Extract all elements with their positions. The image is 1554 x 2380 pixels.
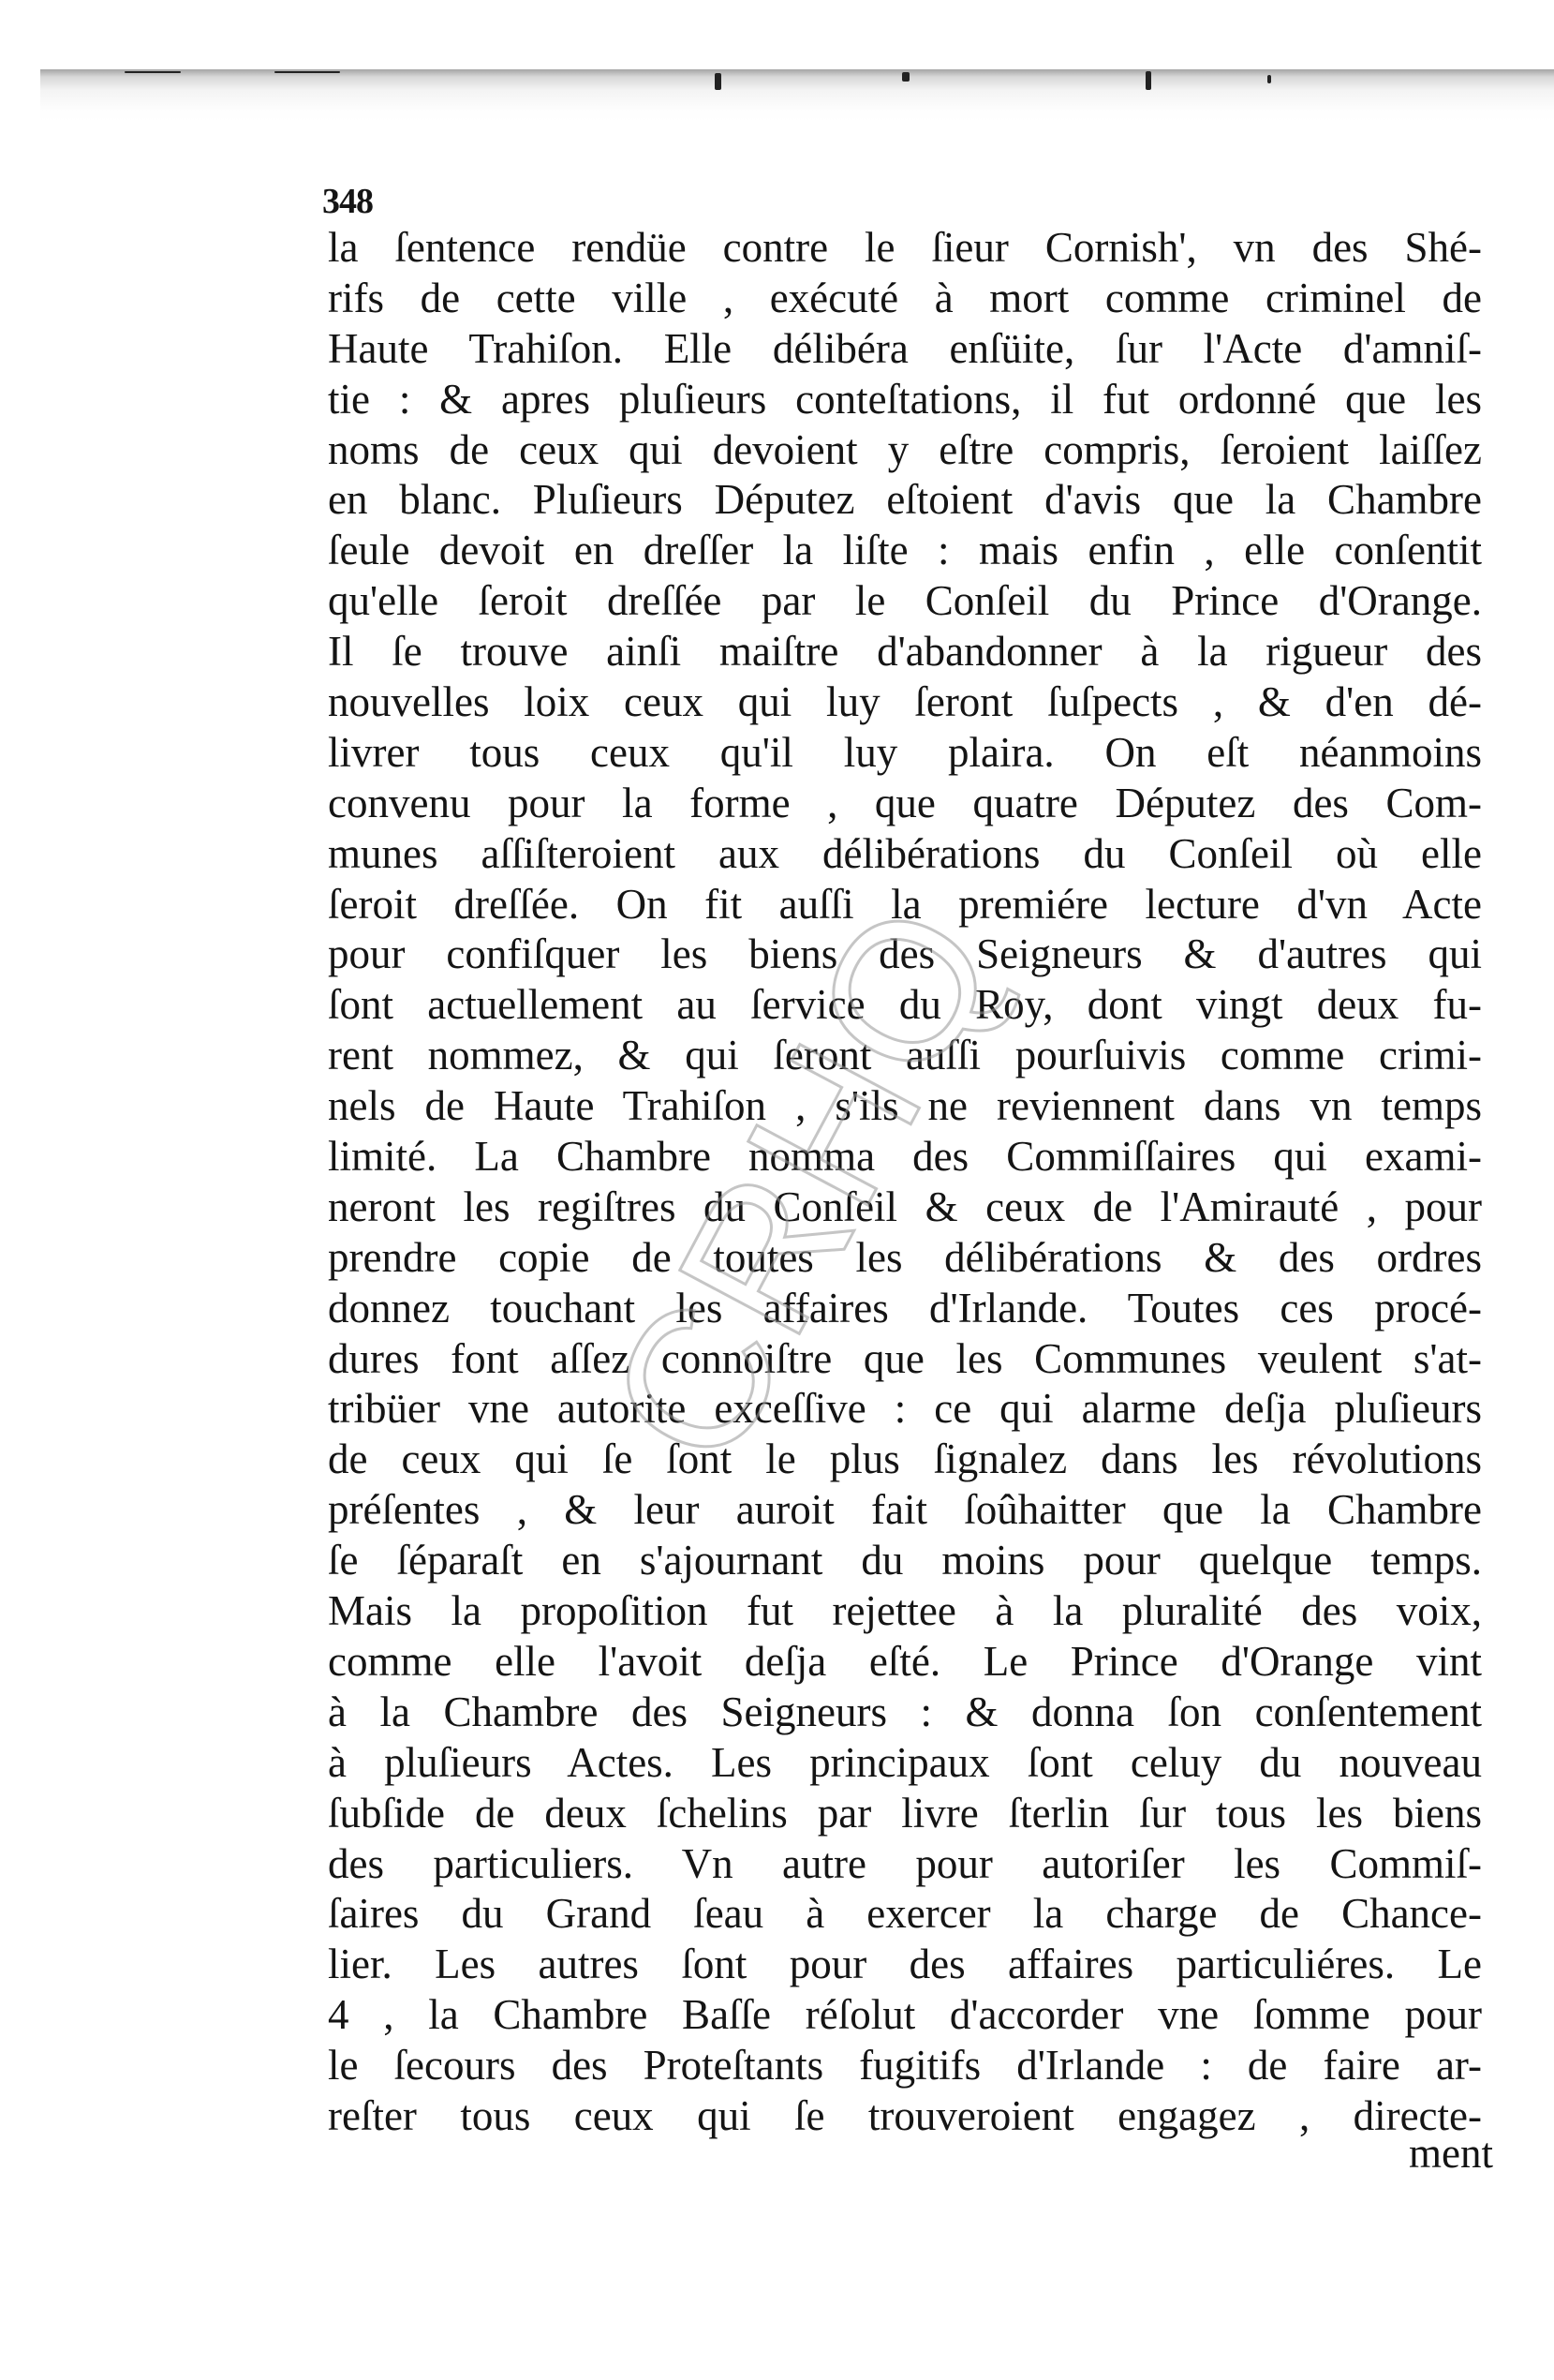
text-line: 4 , la Chambre Baſſe réſolut d'accorder … — [328, 1990, 1482, 2041]
text-line: nouvelles loix ceux qui luy ſeront ſuſpe… — [328, 677, 1482, 728]
text-line-content: ſe ſéparaſt en s'ajournant du moins pour… — [328, 1536, 1482, 1586]
text-line: limité. La Chambre nomma des Commiſſaire… — [328, 1132, 1482, 1183]
text-line: en blanc. Pluſieurs Députez eſtoient d'a… — [328, 475, 1482, 526]
text-line: convenu pour la forme , que quatre Déput… — [328, 779, 1482, 829]
ink-speck — [902, 72, 910, 82]
text-line-content: 4 , la Chambre Baſſe réſolut d'accorder … — [328, 1990, 1482, 2041]
text-line: à pluſieurs Actes. Les principaux ſont c… — [328, 1738, 1482, 1789]
text-line-content: rent nommez, & qui ſeront auſſi pourſuiv… — [328, 1031, 1482, 1081]
scanner-edge-artifact — [40, 69, 1554, 122]
text-line: donnez touchant les affaires d'Irlande. … — [328, 1284, 1482, 1334]
text-line-content: tribüer vne autorite exceſſive : ce qui … — [328, 1384, 1482, 1435]
text-line-content: à pluſieurs Actes. Les principaux ſont c… — [328, 1738, 1482, 1789]
text-line: nels de Haute Trahiſon , s'ils ne revien… — [328, 1081, 1482, 1132]
text-line: des particuliers. Vn autre pour autoriſe… — [328, 1839, 1482, 1890]
text-line-content: ſont actuellement au ſervice du Roy, don… — [328, 980, 1482, 1031]
text-line-content: ſubſide de deux ſchelins par livre ſterl… — [328, 1789, 1482, 1839]
text-line-content: dures font aſſez connoiſtre que les Comm… — [328, 1334, 1482, 1385]
text-line-content: ſaires du Grand ſeau à exercer la charge… — [328, 1889, 1482, 1940]
text-line: de ceux qui ſe ſont le plus ſignalez dan… — [328, 1435, 1482, 1485]
text-line-content: reſter tous ceux qui ſe trouveroient eng… — [328, 2091, 1482, 2142]
text-line-content: ſeule devoit en dreſſer la liſte : mais … — [328, 526, 1482, 576]
text-line: ſont actuellement au ſervice du Roy, don… — [328, 980, 1482, 1031]
text-line: rifs de cette ville , exécuté à mort com… — [328, 274, 1482, 324]
text-line: préſentes , & leur auroit fait ſoûhaitte… — [328, 1485, 1482, 1536]
text-line: reſter tous ceux qui ſe trouveroient eng… — [328, 2091, 1482, 2142]
text-line: le ſecours des Proteſtants fugitifs d'Ir… — [328, 2041, 1482, 2091]
text-line: Il ſe trouve ainſi maiſtre d'abandonner … — [328, 627, 1482, 677]
text-line: ſeroit dreſſée. On fit auſſi la premiére… — [328, 880, 1482, 930]
text-line: ſe ſéparaſt en s'ajournant du moins pour… — [328, 1536, 1482, 1586]
text-line-content: des particuliers. Vn autre pour autoriſe… — [328, 1839, 1482, 1890]
text-line: la ſentence rendüe contre le ſieur Corni… — [328, 223, 1482, 274]
text-line: Haute Trahiſon. Elle délibéra enſüite, ſ… — [328, 324, 1482, 375]
text-line: comme elle l'avoit deſja eſté. Le Prince… — [328, 1637, 1482, 1688]
ink-speck — [715, 73, 721, 90]
ink-speck — [274, 71, 340, 73]
text-line-content: pour confiſquer les biens des Seigneurs … — [328, 930, 1482, 980]
text-line-content: limité. La Chambre nomma des Commiſſaire… — [328, 1132, 1482, 1183]
text-line: lier. Les autres ſont pour des affaires … — [328, 1940, 1482, 1990]
text-line-content: préſentes , & leur auroit fait ſoûhaitte… — [328, 1485, 1482, 1536]
text-line-content: à la Chambre des Seigneurs : & donna ſon… — [328, 1688, 1482, 1738]
page-body-text: la ſentence rendüe contre le ſieur Corni… — [328, 223, 1482, 2142]
text-line-content: noms de ceux qui devoient y eſtre compri… — [328, 425, 1482, 476]
text-line: pour confiſquer les biens des Seigneurs … — [328, 930, 1482, 980]
text-line: qu'elle ſeroit dreſſée par le Conſeil du… — [328, 576, 1482, 627]
text-line-content: convenu pour la forme , que quatre Déput… — [328, 779, 1482, 829]
text-line: munes aſſiſteroient aux délibérations du… — [328, 829, 1482, 880]
text-line-content: nouvelles loix ceux qui luy ſeront ſuſpe… — [328, 677, 1482, 728]
ink-speck — [1146, 71, 1151, 90]
text-line-content: rifs de cette ville , exécuté à mort com… — [328, 274, 1482, 324]
text-line: livrer tous ceux qu'il luy plaira. On eſ… — [328, 728, 1482, 779]
text-line-content: Il ſe trouve ainſi maiſtre d'abandonner … — [328, 627, 1482, 677]
text-line: neront les regiſtres du Conſeil & ceux d… — [328, 1183, 1482, 1233]
text-line-content: la ſentence rendüe contre le ſieur Corni… — [328, 223, 1482, 274]
text-line: ſeule devoit en dreſſer la liſte : mais … — [328, 526, 1482, 576]
text-line-content: lier. Les autres ſont pour des affaires … — [328, 1940, 1482, 1990]
text-line: ſubſide de deux ſchelins par livre ſterl… — [328, 1789, 1482, 1839]
text-line: prendre copie de toutes les délibération… — [328, 1233, 1482, 1284]
text-line-content: le ſecours des Proteſtants fugitifs d'Ir… — [328, 2041, 1482, 2091]
page-number: 348 — [322, 184, 373, 219]
text-line-content: en blanc. Pluſieurs Députez eſtoient d'a… — [328, 475, 1482, 526]
text-line: à la Chambre des Seigneurs : & donna ſon… — [328, 1688, 1482, 1738]
text-line: noms de ceux qui devoient y eſtre compri… — [328, 425, 1482, 476]
text-line: tie : & apres pluſieurs conteſtations, i… — [328, 375, 1482, 425]
text-line-content: de ceux qui ſe ſont le plus ſignalez dan… — [328, 1435, 1482, 1485]
text-line-content: ſeroit dreſſée. On fit auſſi la premiére… — [328, 880, 1482, 930]
text-line-content: qu'elle ſeroit dreſſée par le Conſeil du… — [328, 576, 1482, 627]
text-line-content: munes aſſiſteroient aux délibérations du… — [328, 829, 1482, 880]
text-line: tribüer vne autorite exceſſive : ce qui … — [328, 1384, 1482, 1435]
text-line-content: Mais la propoſition fut rejettee à la pl… — [328, 1586, 1482, 1637]
text-line-content: tie : & apres pluſieurs conteſtations, i… — [328, 375, 1482, 425]
catchword: ment — [1409, 2129, 1493, 2179]
text-line-content: comme elle l'avoit deſja eſté. Le Prince… — [328, 1637, 1482, 1688]
text-line: dures font aſſez connoiſtre que les Comm… — [328, 1334, 1482, 1385]
text-line-content: neront les regiſtres du Conſeil & ceux d… — [328, 1183, 1482, 1233]
text-line: Mais la propoſition fut rejettee à la pl… — [328, 1586, 1482, 1637]
text-line: rent nommez, & qui ſeront auſſi pourſuiv… — [328, 1031, 1482, 1081]
text-line-content: donnez touchant les affaires d'Irlande. … — [328, 1284, 1482, 1334]
text-line-content: prendre copie de toutes les délibération… — [328, 1233, 1482, 1284]
text-line: ſaires du Grand ſeau à exercer la charge… — [328, 1889, 1482, 1940]
ink-speck — [1267, 75, 1271, 83]
text-line-content: Haute Trahiſon. Elle délibéra enſüite, ſ… — [328, 324, 1482, 375]
ink-speck — [125, 71, 181, 73]
text-line-content: nels de Haute Trahiſon , s'ils ne revien… — [328, 1081, 1482, 1132]
text-line-content: livrer tous ceux qu'il luy plaira. On eſ… — [328, 728, 1482, 779]
